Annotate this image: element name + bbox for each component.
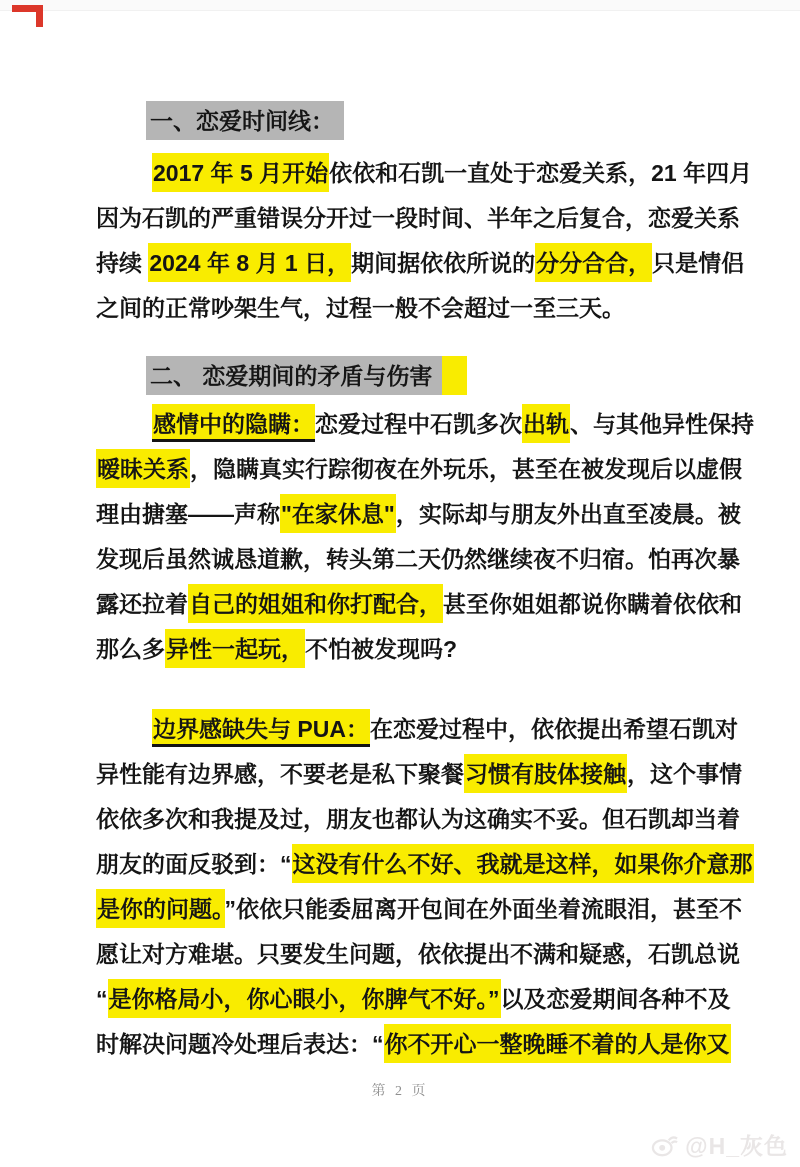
highlighted-text: 2017 年 5 月开始 [152, 153, 329, 192]
highlighted-text: 是你格局小，你心眼小，你脾气不好。” [108, 979, 501, 1018]
text-segment: 只是情侣 [652, 250, 744, 276]
text-segment: 以及恋爱期间各种不及 [501, 986, 731, 1012]
highlighted-text: 一、恋爱时间线： [146, 101, 344, 140]
red-corner-mark [12, 5, 43, 27]
text-line: 露还拉着自己的姐姐和你打配合，甚至你姐姐都说你瞒着依依和 [96, 583, 712, 625]
text-line: 异性能有边界感，不要老是私下聚餐习惯有肢体接触，这个事情 [96, 753, 712, 795]
text-line: 2017 年 5 月开始依依和石凯一直处于恋爱关系，21 年四月 [152, 152, 712, 194]
highlighted-text: 习惯有肢体接触 [464, 754, 627, 793]
text-line: 理由搪塞——声称"在家休息"，实际却与朋友外出直至凌晨。被 [96, 493, 712, 535]
text-segment: 朋友的面反驳到：“ [96, 851, 292, 877]
highlighted-text: 二、 恋爱期间的矛盾与伤害 [146, 356, 442, 395]
text-segment: 露还拉着 [96, 591, 188, 617]
highlighted-text: 是你的问题。 [96, 889, 225, 928]
text-segment: 那么多 [96, 636, 165, 662]
highlighted-text: 暧昧关系 [96, 449, 190, 488]
text-segment: 甚至你姐姐都说你瞒着依依和 [443, 591, 742, 617]
weibo-eye-icon [650, 1132, 680, 1158]
text-line: 依依多次和我提及过，朋友也都认为这确实不妥。但石凯却当着 [96, 798, 712, 840]
text-segment: 时解决问题冷处理后表达：“ [96, 1031, 384, 1057]
text-segment: 持续 [96, 250, 148, 276]
highlighted-text: 2024 年 8 月 1 日， [148, 243, 351, 282]
text-segment: 因为石凯的严重错误分开过一段时间、半年之后复合，恋爱关系 [96, 205, 740, 231]
text-segment: 期间据依依所说的 [351, 250, 535, 276]
text-segment: 、与其他异性保持 [570, 411, 754, 437]
text-line: 愿让对方难堪。只要发生问题，依依提出不满和疑惑，石凯总说 [96, 933, 712, 975]
text-line: 二、 恋爱期间的矛盾与伤害 [146, 355, 712, 397]
text-line: 发现后虽然诚恳道歉，转头第二天仍然继续夜不归宿。怕再次暴 [96, 538, 712, 580]
text-line: 是你的问题。”依依只能委屈离开包间在外面坐着流眼泪，甚至不 [96, 888, 712, 930]
text-line: 朋友的面反驳到：“这没有什么不好、我就是这样，如果你介意那 [96, 843, 712, 885]
text-segment: 之间的正常吵架生气，过程一般不会超过一至三天。 [96, 295, 625, 321]
text-line: 一、恋爱时间线： [146, 100, 712, 142]
text-segment: 异性能有边界感，不要老是私下聚餐 [96, 761, 464, 787]
highlighted-text: 出轨 [522, 404, 570, 443]
highlighted-text: 异性一起玩， [165, 629, 305, 668]
text-line: 边界感缺失与 PUA：在恋爱过程中，依依提出希望石凯对 [152, 708, 712, 750]
text-segment: 理由搪塞——声称 [96, 501, 280, 527]
page-top-edge [0, 0, 800, 11]
text-segment: 依依多次和我提及过，朋友也都认为这确实不妥。但石凯却当着 [96, 806, 740, 832]
text-line: 那么多异性一起玩，不怕被发现吗? [96, 628, 712, 670]
page-number-footer: 第 2 页 [0, 1080, 800, 1100]
text-segment: ，隐瞒真实行踪彻夜在外玩乐，甚至在被发现后以虚假 [190, 456, 742, 482]
text-line: 因为石凯的严重错误分开过一段时间、半年之后复合，恋爱关系 [96, 197, 712, 239]
highlighted-text [442, 356, 467, 395]
highlighted-text: 自己的姐姐和你打配合， [188, 584, 443, 623]
document-page: 一、恋爱时间线：2017 年 5 月开始依依和石凯一直处于恋爱关系，21 年四月… [0, 0, 800, 1167]
text-segment: 在恋爱过程中，依依提出希望石凯对 [370, 716, 738, 742]
text-segment: 恋爱过程中石凯多次 [315, 411, 522, 437]
text-line: 时解决问题冷处理后表达：“你不开心一整晚睡不着的人是你又 [96, 1023, 712, 1065]
text-segment: 依依和石凯一直处于恋爱关系，21 年四月 [329, 160, 752, 186]
highlighted-text: 分分合合， [535, 243, 652, 282]
highlighted-text: "在家休息" [280, 494, 396, 533]
text-line: “是你格局小，你心眼小，你脾气不好。”以及恋爱期间各种不及 [96, 978, 712, 1020]
text-segment: “ [96, 986, 108, 1012]
weibo-watermark: @H_灰色 [650, 1128, 788, 1161]
highlighted-text: 你不开心一整晚睡不着的人是你又 [384, 1024, 731, 1063]
highlighted-text: 这没有什么不好、我就是这样，如果你介意那 [292, 844, 754, 883]
text-segment: 发现后虽然诚恳道歉，转头第二天仍然继续夜不归宿。怕再次暴 [96, 546, 740, 572]
highlighted-text: 感情中的隐瞒： [152, 404, 315, 442]
text-segment: 愿让对方难堪。只要发生问题，依依提出不满和疑惑，石凯总说 [96, 941, 740, 967]
text-segment: ”依依只能委屈离开包间在外面坐着流眼泪，甚至不 [225, 896, 743, 922]
text-segment: ，实际却与朋友外出直至凌晨。被 [396, 501, 741, 527]
text-line: 感情中的隐瞒：恋爱过程中石凯多次出轨、与其他异性保持 [152, 403, 712, 445]
text-line: 持续 2024 年 8 月 1 日，期间据依依所说的分分合合，只是情侣 [96, 242, 712, 284]
highlighted-text: 边界感缺失与 PUA： [152, 709, 370, 747]
text-line: 暧昧关系，隐瞒真实行踪彻夜在外玩乐，甚至在被发现后以虚假 [96, 448, 712, 490]
text-segment: ，这个事情 [627, 761, 742, 787]
text-line: 之间的正常吵架生气，过程一般不会超过一至三天。 [96, 287, 712, 329]
watermark-text: @H_灰色 [685, 1128, 788, 1161]
text-segment: 不怕被发现吗? [305, 636, 457, 662]
